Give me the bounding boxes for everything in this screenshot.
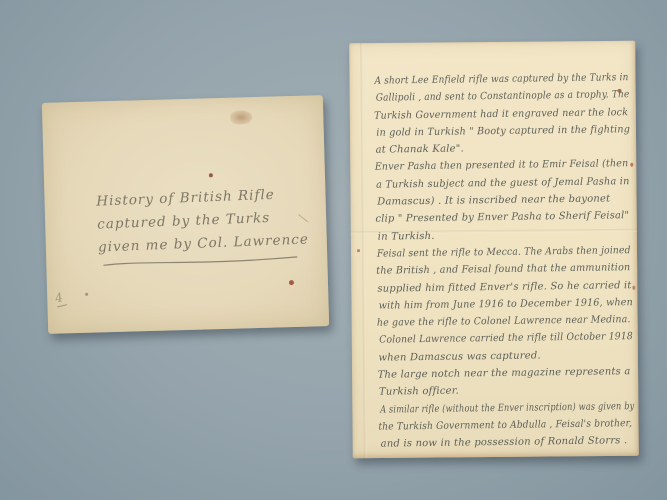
- letter-line: in gold in Turkish " Booty captured in t…: [376, 121, 620, 142]
- letter-line: clip " Presented by Enver Pasha to Sheri…: [375, 208, 627, 229]
- ink-spot: [630, 163, 633, 167]
- fold-crease-vertical: [360, 43, 367, 458]
- pencil-corner-mark: 4: [54, 290, 67, 308]
- ink-spot: [209, 173, 213, 177]
- corner-mark-text: 4: [54, 290, 65, 305]
- ink-spot: [357, 249, 360, 252]
- letter-line: a Turkish subject and the guest of Jemal…: [376, 173, 623, 194]
- envelope: History of British Rifle captured by the…: [42, 95, 329, 334]
- ink-spot: [289, 280, 294, 285]
- letter-line: the Turkish Government to Abdulla , Feis…: [378, 415, 609, 436]
- letter-page: A short Lee Enfield rifle was captured b…: [349, 41, 639, 458]
- stain-mark: [230, 110, 252, 125]
- letter-body: A short Lee Enfield rifle was captured b…: [374, 69, 633, 453]
- letter-line: and is now in the possession of Ronald S…: [381, 432, 634, 453]
- envelope-inscription: History of British Rifle captured by the…: [96, 183, 309, 260]
- paper-speck: [85, 293, 88, 296]
- letter-line: Colonel Lawrence carried the rifle till …: [379, 329, 613, 350]
- letter-line: Turkish officer.: [379, 380, 633, 401]
- letter-line: The large notch near the magazine repres…: [378, 363, 632, 384]
- ink-spot: [632, 286, 635, 290]
- photo-background: History of British Rifle captured by the…: [0, 0, 667, 500]
